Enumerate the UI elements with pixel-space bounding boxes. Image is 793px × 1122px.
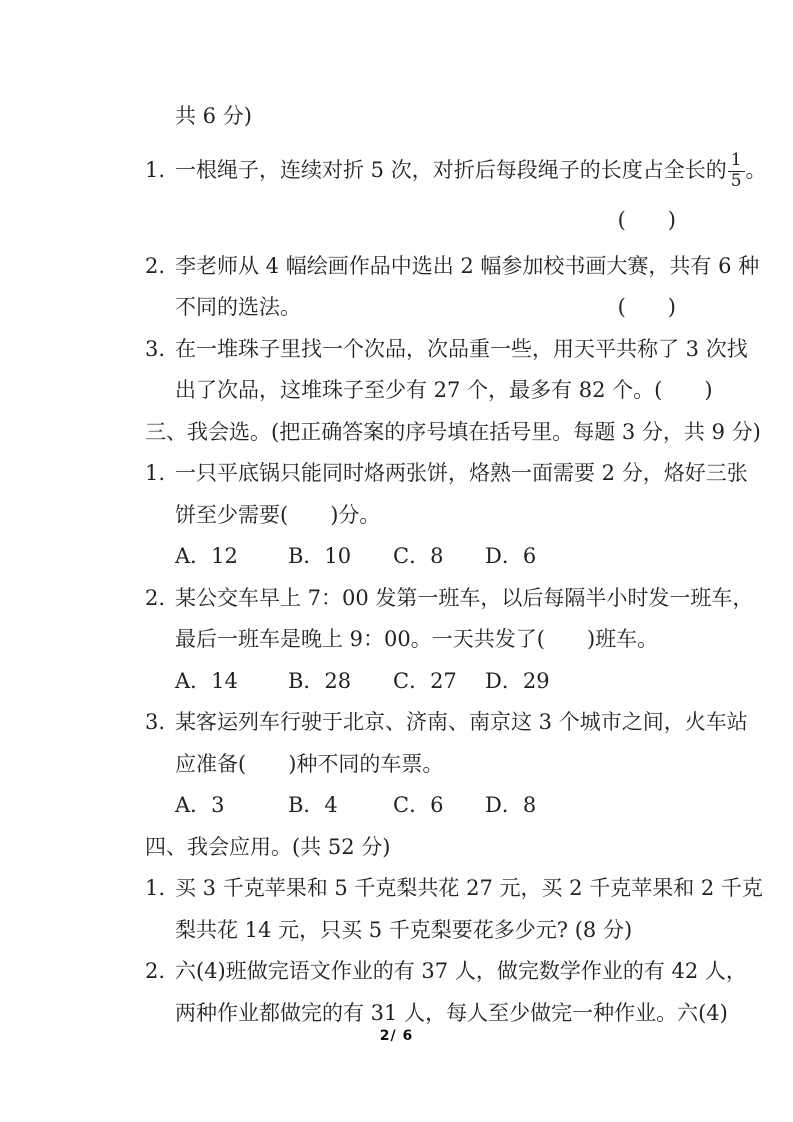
item-text: 买 3 千克苹果和 5 千克梨共花 27 元，买 2 千克苹果和 2 千克	[175, 876, 763, 900]
section-4-title: 四、我会应用。(共 52 分)	[145, 827, 682, 869]
option-d: D．6	[485, 536, 536, 578]
section-title-text: 三、我会选。(把正确答案的序号填在括号里。每题 3 分，共 9 分)	[145, 420, 761, 444]
item-text: 不同的选法。	[175, 287, 301, 329]
item-number: 3.	[145, 329, 175, 371]
exam-paper-page: 共 6 分) 1. 一根绳子，连续对折 5 次，对折后每段绳子的长度占全长的15…	[0, 0, 793, 1122]
apply-item-2-line-1: 2. 六(4)班做完语文作业的有 37 人，做完数学作业的有 42 人，	[145, 951, 682, 993]
fraction-one-fifth: 15	[728, 151, 745, 191]
fraction-denominator: 5	[728, 172, 745, 192]
intro-text: 共 6 分)	[175, 104, 252, 128]
item-text: 一根绳子，连续对折 5 次，对折后每段绳子的长度占全长的	[175, 158, 727, 182]
item-text: 饼至少需要( )分。	[175, 503, 380, 527]
option-c: C．6	[393, 785, 485, 827]
option-b: B．4	[288, 785, 393, 827]
section-intro-line: 共 6 分)	[145, 96, 682, 138]
choice-item-3-options: A．3B．4C．6D．8	[145, 785, 682, 827]
option-d: D．8	[485, 785, 536, 827]
apply-item-1-line-2: 梨共花 14 元，只买 5 千克梨要花多少元? (8 分)	[145, 910, 682, 952]
choice-item-2-options: A．14B．28C．27D．29	[145, 661, 682, 703]
choice-item-1-options: A．12B．10C．8D．6	[145, 536, 682, 578]
item-number: 2.	[145, 246, 175, 288]
choice-item-1-line-1: 1. 一只平底锅只能同时烙两张饼，烙熟一面需要 2 分，烙好三张	[145, 453, 682, 495]
exam-content: 共 6 分) 1. 一根绳子，连续对折 5 次，对折后每段绳子的长度占全长的15…	[145, 96, 682, 1034]
answer-bracket: ( )	[654, 370, 712, 412]
item-text: 一只平底锅只能同时烙两张饼，烙熟一面需要 2 分，烙好三张	[175, 461, 748, 485]
option-a: A．12	[175, 536, 288, 578]
item-text: 应准备( )种不同的车票。	[175, 752, 443, 776]
item-text: 六(4)班做完语文作业的有 37 人，做完数学作业的有 42 人，	[175, 959, 747, 983]
item-number: 1.	[145, 150, 175, 192]
judge-item-3-line-1: 3. 在一堆珠子里找一个次品，次品重一些，用天平共称了 3 次找	[145, 329, 682, 371]
choice-item-3-line-2: 应准备( )种不同的车票。	[145, 744, 682, 786]
item-text: 某客运列车行驶于北京、济南、南京这 3 个城市之间，火车站	[175, 710, 748, 734]
item-number: 1.	[145, 868, 175, 910]
choice-item-1-line-2: 饼至少需要( )分。	[145, 495, 682, 537]
item-text: 最后一班车是晚上 9：00。一天共发了( )班车。	[175, 627, 658, 651]
judge-item-1-answer-bracket: ( )	[145, 200, 682, 242]
item-number: 2.	[145, 951, 175, 993]
option-b: B．10	[288, 536, 393, 578]
item-text-after: 。	[746, 158, 767, 182]
page-number: 2/ 6	[0, 1028, 793, 1044]
judge-item-1-line-1: 1. 一根绳子，连续对折 5 次，对折后每段绳子的长度占全长的15。	[145, 150, 682, 192]
item-number: 1.	[145, 453, 175, 495]
option-a: A．3	[175, 785, 288, 827]
judge-item-2-line-1: 2. 李老师从 4 幅绘画作品中选出 2 幅参加校书画大赛，共有 6 种	[145, 246, 682, 288]
apply-item-1-line-1: 1. 买 3 千克苹果和 5 千克梨共花 27 元，买 2 千克苹果和 2 千克	[145, 868, 682, 910]
section-title-text: 四、我会应用。(共 52 分)	[145, 835, 390, 859]
answer-bracket: ( )	[618, 287, 676, 329]
item-number: 2.	[145, 578, 175, 620]
option-a: A．14	[175, 661, 288, 703]
item-text: 某公交车早上 7：00 发第一班车，以后每隔半小时发一班车，	[175, 586, 753, 610]
choice-item-2-line-1: 2. 某公交车早上 7：00 发第一班车，以后每隔半小时发一班车，	[145, 578, 682, 620]
option-c: C．8	[393, 536, 485, 578]
option-d: D．29	[485, 661, 550, 703]
judge-item-3-line-2: 出了次品，这堆珠子至少有 27 个，最多有 82 个。 ( )	[145, 370, 682, 412]
item-text: 梨共花 14 元，只买 5 千克梨要花多少元? (8 分)	[175, 918, 632, 942]
item-text: 李老师从 4 幅绘画作品中选出 2 幅参加校书画大赛，共有 6 种	[175, 254, 759, 278]
section-3-title: 三、我会选。(把正确答案的序号填在括号里。每题 3 分，共 9 分)	[145, 412, 682, 454]
item-number: 3.	[145, 702, 175, 744]
item-text: 两种作业都做完的有 31 人，每人至少做完一种作业。六(4)	[175, 1001, 728, 1025]
option-c: C．27	[393, 661, 485, 703]
item-text: 在一堆珠子里找一个次品，次品重一些，用天平共称了 3 次找	[175, 337, 748, 361]
fraction-numerator: 1	[728, 151, 745, 172]
item-text: 出了次品，这堆珠子至少有 27 个，最多有 82 个。	[175, 370, 654, 412]
judge-item-2-line-2: 不同的选法。 ( )	[145, 287, 682, 329]
option-b: B．28	[288, 661, 393, 703]
choice-item-3-line-1: 3. 某客运列车行驶于北京、济南、南京这 3 个城市之间，火车站	[145, 702, 682, 744]
choice-item-2-line-2: 最后一班车是晚上 9：00。一天共发了( )班车。	[145, 619, 682, 661]
answer-bracket: ( )	[618, 208, 676, 232]
